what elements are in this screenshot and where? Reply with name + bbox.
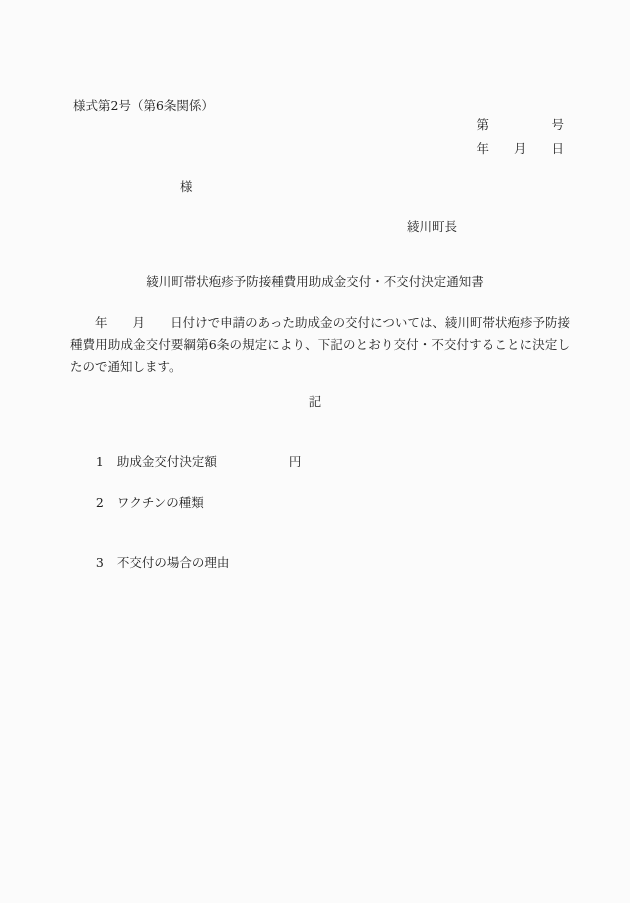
date-line: 年 月 日 [476, 139, 564, 157]
item-unit: 円 [289, 454, 302, 469]
list-item: 2ワクチンの種類 [80, 478, 276, 526]
body-line: 種費用助成金交付要綱第6条の規定により、下記のとおり交付・不交付することに決定し [70, 334, 570, 356]
sender-name: 綾川町長 [407, 217, 457, 235]
item-label: 不交付の場合の理由 [117, 555, 230, 570]
item-label: 助成金交付決定額 [117, 454, 217, 469]
document-number-line: 第 号 [476, 115, 564, 133]
body-line: 年 月 日付けで申請のあった助成金の交付については、綾川町帯状疱疹予防接 [70, 312, 570, 334]
body-paragraph: 年 月 日付けで申請のあった助成金の交付については、綾川町帯状疱疹予防接 種費用… [70, 312, 570, 378]
form-number: 様式第2号（第6条関係） [73, 96, 214, 114]
document-title: 綾川町帯状疱疹予防接種費用助成金交付・不交付決定通知書 [0, 272, 630, 290]
record-marker: 記 [0, 392, 630, 410]
body-line: たので通知します。 [70, 356, 570, 378]
list-item: 3不交付の場合の理由 [80, 538, 301, 586]
item-label: ワクチンの種類 [117, 495, 204, 510]
item-number: 1 [96, 454, 117, 469]
item-number: 3 [96, 555, 117, 570]
item-number: 2 [96, 495, 117, 510]
document-page: 様式第2号（第6条関係） 第 号 年 月 日 様 綾川町長 綾川町帯状疱疹予防接… [0, 0, 630, 903]
addressee-suffix: 様 [180, 177, 193, 195]
